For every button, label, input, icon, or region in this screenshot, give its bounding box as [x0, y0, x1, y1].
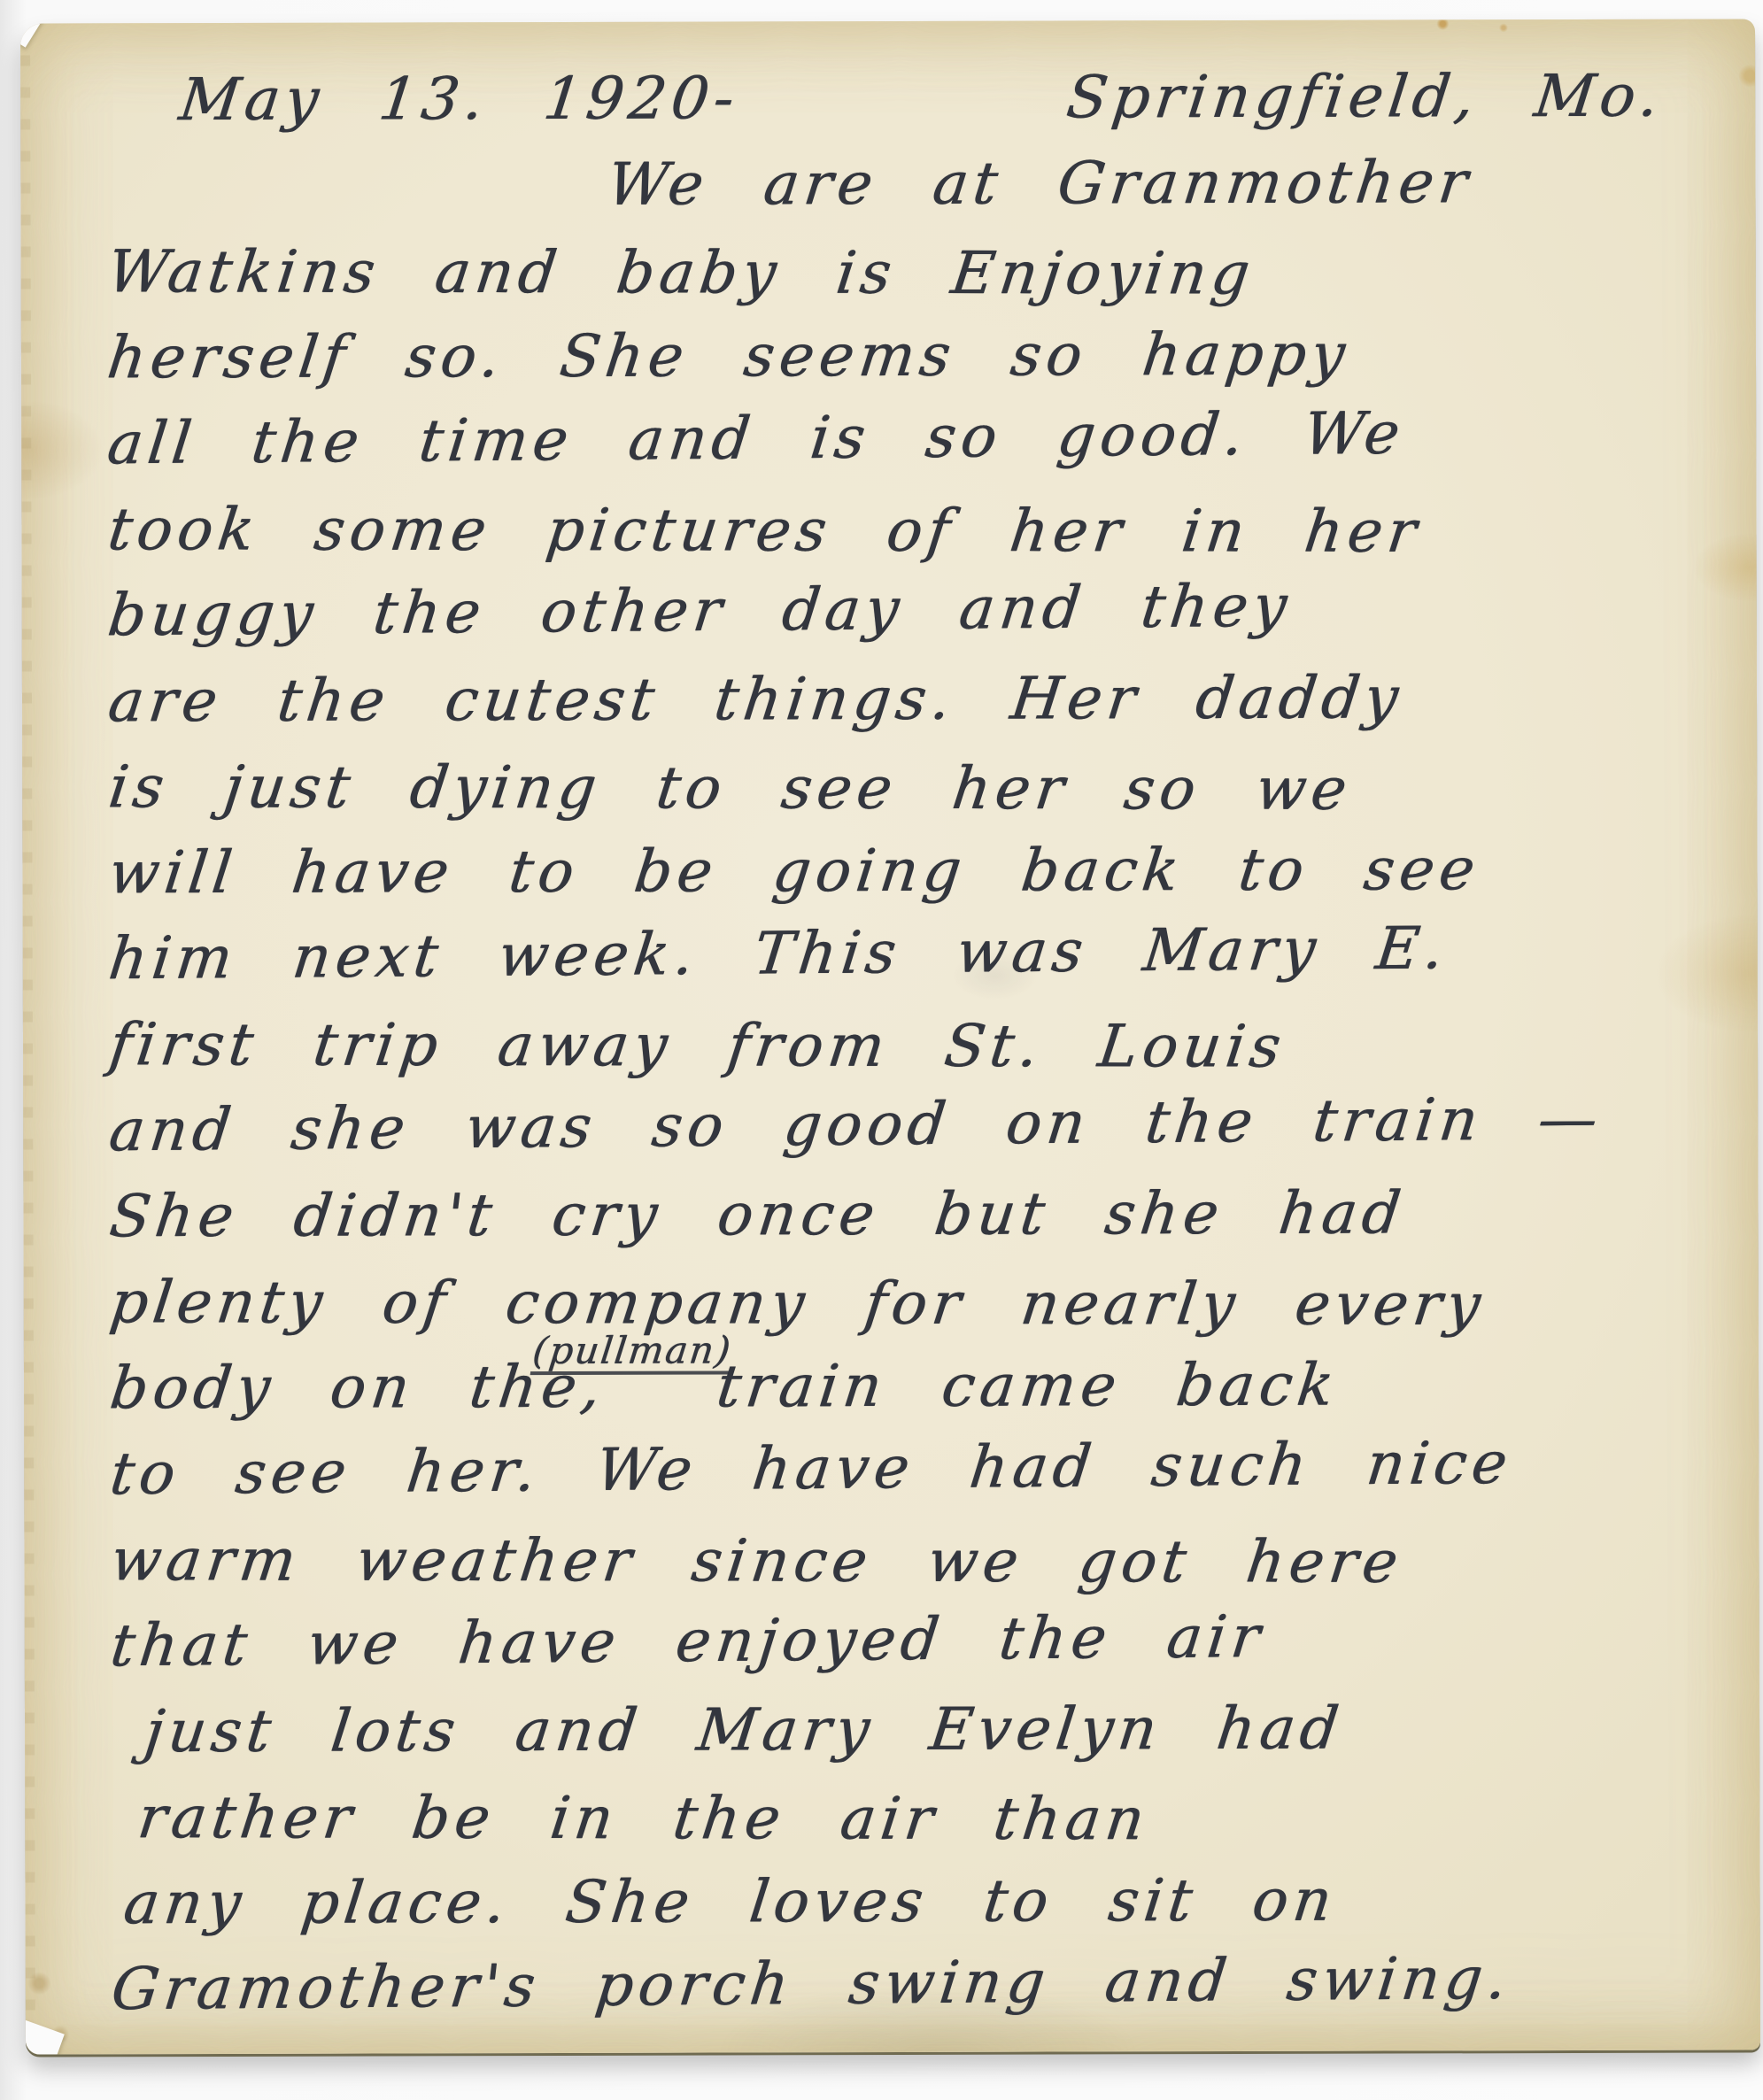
letter-line: Watkins and baby is Enjoying	[103, 228, 1720, 317]
letter-line: just lots and Mary Evelyn had	[140, 1685, 1724, 1775]
letter-line: herself so. She seems so happy	[103, 311, 1720, 401]
letter-line: is just dying to see her so we	[104, 744, 1720, 832]
letter-paper: May 13. 1920- Springfield, Mo. We are at…	[20, 19, 1760, 2054]
insertion-text: (pullman)	[530, 1332, 734, 1375]
torn-corner-bottom-left	[20, 2018, 65, 2055]
letter-line: buggy the other day and they	[104, 560, 1721, 658]
letter-line: She didn't cry once but she had	[105, 1170, 1723, 1260]
letter-line: any place. She loves to sit on	[120, 1857, 1725, 1947]
letter-line: plenty of company for nearly every	[105, 1259, 1722, 1347]
letter-line: rather be in the air than	[133, 1774, 1723, 1863]
deckled-left-edge	[20, 24, 35, 2055]
pullman-line-after: train came back	[714, 1351, 1342, 1421]
scan-background: May 13. 1920- Springfield, Mo. We are at…	[0, 0, 1763, 2100]
letter-line: that we have enjoyed the air	[106, 1590, 1724, 1688]
letter-body: May 13. 1920- Springfield, Mo. We are at…	[102, 53, 1714, 2033]
letter-line: to see her. We have had such nice	[105, 1418, 1723, 1517]
letter-line-with-insertion: body on the, (pullman) train came back	[105, 1341, 1723, 1432]
letter-line: him next week. This was Mary E.	[104, 903, 1722, 1001]
torn-corner-top-left	[20, 19, 48, 47]
letter-line: will have to be going back to see	[104, 826, 1722, 916]
letter-place: Springfield, Mo.	[1062, 53, 1668, 141]
letter-line: all the time and is so good. We	[103, 388, 1720, 486]
letter-header: May 13. 1920- Springfield, Mo.	[102, 53, 1709, 143]
letter-line: are the cutest things. Her daddy	[104, 654, 1721, 745]
letter-line: and she was so good on the train —	[104, 1075, 1722, 1173]
letter-line: Gramother's porch swing and swing.	[107, 1934, 1725, 2032]
letter-opening-line: We are at Granmother	[603, 139, 1720, 228]
letter-date: May 13. 1920-	[174, 55, 744, 143]
